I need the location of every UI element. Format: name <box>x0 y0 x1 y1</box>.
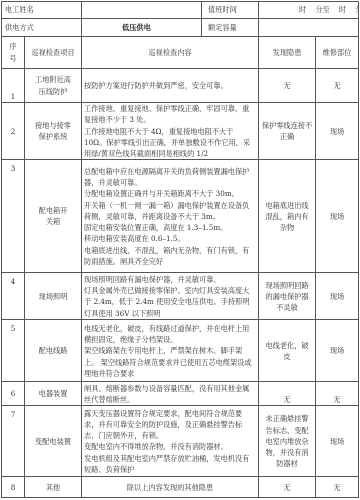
row-hazard: 电箱底进出线混乱，箱内有杂物 <box>259 160 316 273</box>
column-header-row: 序号 巡视检查项目 巡视检查内容 发现隐患 维修部位 <box>2 37 359 69</box>
content-line: 总配电箱中应在电源隔离开关的负荷侧装置漏电保护器，并灵敏可靠。 <box>84 166 256 189</box>
header-row-1: 电工姓名 值班时间 时 分至 时 分 <box>2 2 359 19</box>
row-content: 现场照明回路有漏电保护器，并灵敏可靠。 灯具金属外壳已做接接零保护。室内灯具安装… <box>82 273 259 320</box>
table-row: 8 其他 除以上内容发现的其他隐患 无 无 <box>2 477 359 498</box>
col-header-repair: 维修部位 <box>316 37 359 69</box>
row-item: 电器装置 <box>25 382 82 406</box>
content-line: 工作接地电阻不大于 4Ω，重复接地电阻不大于 10Ω。保护零线引出正确，并单独敷… <box>84 126 256 160</box>
table-row: 2 接地与接零保护系统 工作接地、重复接地、保护零线正确、牢固可靠。重复接地不少… <box>2 103 359 160</box>
row-hazard: 现场照明回路的漏电保护器不灵敏 <box>259 273 316 320</box>
table-row: 6 电器装置 闸具、熔断器参数与设备容量匹配，没有用其他金属丝代替熔断丝。 无 … <box>2 382 359 406</box>
inspection-table: 电工姓名 值班时间 时 分至 时 分 供电方式 低压供电 额定容量 序号 巡视检… <box>1 1 359 498</box>
content-line: 电线无老化，破皮，有线路过道保护，并在电杆上用横担固定，绝缘子分档架设。 <box>84 323 256 346</box>
rated-capacity-label: 额定容量 <box>202 19 259 37</box>
row-repair: 现场 <box>316 273 359 320</box>
col-header-content: 巡视检查内容 <box>82 37 259 69</box>
row-repair: 无 <box>316 477 359 498</box>
row-no: 6 <box>2 382 25 406</box>
row-item: 变配电装置 <box>25 406 82 477</box>
table-row: 1 工地附近高压线防护 按防护方案进行防护并做到严密，安全可靠。 无 无 <box>2 69 359 103</box>
row-hazard: 无 <box>259 382 316 406</box>
row-repair: 无 <box>316 382 359 406</box>
row-no: 8 <box>2 477 25 498</box>
row-item: 接地与接零保护系统 <box>25 103 82 160</box>
content-line: 露天变压器设置符合规定要求，配电间符合规范要求，并有可靠安全的防护设施，及正确悬… <box>84 408 256 442</box>
shift-time-field[interactable]: 时 分至 时 分 <box>259 2 359 19</box>
row-item: 工地附近高压线防护 <box>25 69 82 103</box>
row-content: 闸具、熔断器参数与设备容量匹配，没有用其他金属丝代替熔断丝。 <box>82 382 259 406</box>
row-content: 工作接地、重复接地、保护零线正确、牢固可靠。重复接地不少于 3 处。 工作接地电… <box>82 103 259 160</box>
electrician-name-field[interactable] <box>82 2 202 19</box>
row-repair: 现场 <box>316 406 359 477</box>
row-hazard: 保护零线连接不正确 <box>259 103 316 160</box>
table-row: 4 现场照明 现场照明回路有漏电保护器，并灵敏可靠。 灯具金属外壳已做接接零保护… <box>2 273 359 320</box>
content-line: 变配电室内不得堆放杂物，并没有消防器材。 <box>84 441 256 452</box>
row-content: 按防护方案进行防护并做到严密，安全可靠。 <box>82 69 259 103</box>
content-line: 固定电箱安装位置正确，高度在 1.3–1.5m。 <box>84 222 256 233</box>
row-repair: 现场 <box>316 320 359 382</box>
content-line: 发电机组及其配电室内严禁存放贮油桶，发电机没有短路、负荷保护 <box>84 453 256 476</box>
content-line: 电箱底进出线，不混乱，箱内无杂物，有门有锁，有防雨措施。闸具齐全完好 <box>84 245 256 268</box>
row-content: 露天变压器设置符合规定要求，配电间符合规范要求，并有可靠安全的防护设施，及正确悬… <box>82 406 259 477</box>
table-row: 7 变配电装置 露天变压器设置符合规定要求，配电间符合规范要求，并有可靠安全的防… <box>2 406 359 477</box>
row-no: 2 <box>2 103 25 160</box>
content-line: 移动电箱安装高度在 0.6–1.5。 <box>84 233 256 244</box>
electrician-name-label: 电工姓名 <box>2 2 82 19</box>
content-line: 灯具金属外壳已做接接零保护。室内灯具安装高度大于 2.4m，低于 2.4m 使用… <box>84 285 256 319</box>
supply-mode-label: 供电方式 <box>2 19 82 37</box>
col-header-item: 巡视检查项目 <box>25 37 82 69</box>
table-row: 5 配电线路 电线无老化，破皮，有线路过道保护，并在电杆上用横担固定，绝缘子分档… <box>2 320 359 382</box>
row-repair: 无 <box>316 69 359 103</box>
row-repair: 现场 <box>316 160 359 273</box>
rated-capacity-field[interactable] <box>259 19 359 37</box>
row-item: 配电线路 <box>25 320 82 382</box>
row-hazard: 无 <box>259 69 316 103</box>
row-no: 7 <box>2 406 25 477</box>
row-content: 电线无老化，破皮，有线路过道保护，并在电杆上用横担固定，绝缘子分档架设。 架空线… <box>82 320 259 382</box>
row-no: 3 <box>2 160 25 273</box>
header-row-2: 供电方式 低压供电 额定容量 <box>2 19 359 37</box>
row-content: 除以上内容发现的其他隐患 <box>82 477 259 498</box>
content-line: 现场照明回路有漏电保护器，并灵敏可靠。 <box>84 274 256 285</box>
col-header-no: 序号 <box>2 37 25 69</box>
content-line: 工作接地、重复接地、保护零线正确、牢固可靠。重复接地不少于 3 处。 <box>84 103 256 126</box>
col-header-hazard: 发现隐患 <box>259 37 316 69</box>
content-line: 按防护方案进行防护并做到严密，安全可靠。 <box>84 80 256 91</box>
row-no: 4 <box>2 273 25 320</box>
row-item: 现场照明 <box>25 273 82 320</box>
row-hazard: 电线老化，破皮 <box>259 320 316 382</box>
table-row: 3 配电箱开关箱 总配电箱中应在电源隔离开关的负荷侧装置漏电保护器，并灵敏可靠。… <box>2 160 359 273</box>
content-line: 架空线路架在专用电杆上，严禁架在树木、脚手架上。 架空线路符合规范要求并已使用五… <box>84 345 256 379</box>
row-hazard: 未正确悬挂警告标志，变配电室内堆放杂物，并没有消防器材 <box>259 406 316 477</box>
row-repair: 现场 <box>316 103 359 160</box>
content-line: 闸具、熔断器参数与设备容量匹配，没有用其他金属丝代替熔断丝。 <box>84 383 256 406</box>
content-line: 分配电箱设置正确并与开关箱距离不大于 30m。 <box>84 188 256 199</box>
row-hazard: 无 <box>259 477 316 498</box>
row-content: 总配电箱中应在电源隔离开关的负荷侧装置漏电保护器，并灵敏可靠。 分配电箱设置正确… <box>82 160 259 273</box>
row-item: 其他 <box>25 477 82 498</box>
row-no: 5 <box>2 320 25 382</box>
row-item: 配电箱开关箱 <box>25 160 82 273</box>
row-no: 1 <box>2 69 25 103</box>
supply-mode-value[interactable]: 低压供电 <box>82 19 202 37</box>
shift-time-label: 值班时间 <box>202 2 259 19</box>
content-line: 开关箱（一机一闸一漏一箱）漏电保护装置在设备负荷侧，灵敏可靠，并距离设备不大于 … <box>84 200 256 223</box>
inspection-form: 电工姓名 值班时间 时 分至 时 分 供电方式 低压供电 额定容量 序号 巡视检… <box>1 1 358 498</box>
